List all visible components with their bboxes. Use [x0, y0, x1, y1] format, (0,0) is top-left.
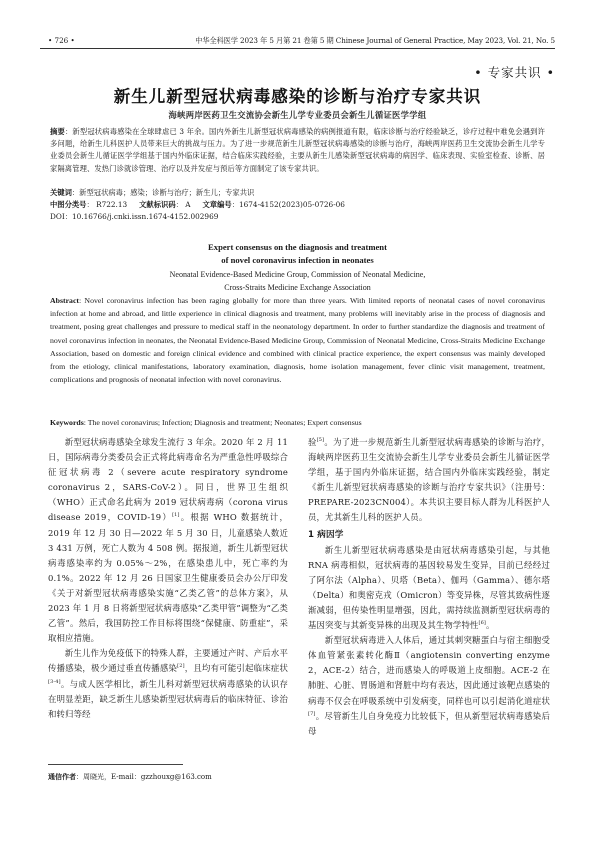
corresponding-author-footnote: 通信作者：周晓光，E-mail：gzzhouxg@163.com [48, 772, 212, 782]
paragraph-text: 新型冠状病毒进入人体后，通过其刺突糖蛋白与宿主细胞受体血管紧张素转化酶Ⅱ（ang… [308, 635, 550, 705]
citation-ref[interactable]: [7] [308, 711, 316, 717]
english-authors-line1: Neonatal Evidence-Based Medicine Group, … [0, 268, 595, 281]
english-title-line2: of novel coronavirus infection in neonat… [0, 254, 595, 267]
doc-code-value: ： A [176, 200, 191, 209]
paragraph-text: 验 [308, 437, 317, 447]
running-head: • 726 • 中华全科医学 2023 年 5 月第 21 卷第 5 期 Chi… [40, 36, 555, 49]
citation-ref[interactable]: [2] [177, 663, 185, 669]
clc-label: 中图分类号 [50, 200, 86, 209]
english-abstract: Abstract: Novel coronavirus infection ha… [50, 294, 545, 386]
journal-page: • 726 • 中华全科医学 2023 年 5 月第 21 卷第 5 期 Chi… [0, 0, 595, 841]
english-keywords: Keywords: The novel coronavirus; Infecti… [50, 417, 545, 429]
paragraph-text: 。 [486, 620, 495, 630]
paragraph-text: 新生儿新型冠状病毒感染是由冠状病毒感染引起，与其他 RNA 病毒相似，冠状病毒的… [308, 545, 550, 630]
footnote-divider [48, 764, 183, 765]
chinese-abstract: 摘要：新型冠状病毒感染在全球肆虐已 3 年余。国内外新生儿新型冠状病毒感染的病例… [50, 126, 545, 175]
paragraph-text: 。尽管新生儿自身免疫力比较低下，但从新型冠状病毒感染后母 [308, 711, 550, 736]
paragraph: 新型冠状病毒进入人体后，通过其刺突糖蛋白与宿主细胞受体血管紧张素转化酶Ⅱ（ang… [308, 633, 550, 739]
english-keywords-text: : The novel coronavirus; Infection; Diag… [84, 418, 362, 427]
footnote-label: 通信作者 [48, 773, 76, 781]
body-column-right: 验[5]。为了进一步规范新生儿新型冠状病毒感染的诊断与治疗，海峡两岸医药卫生交流… [308, 435, 550, 739]
article-no-label: 文章编号 [203, 200, 232, 209]
section-heading-etiology: 1 病因学 [308, 528, 550, 543]
english-abstract-label: Abstract [50, 296, 79, 305]
clc-value: ： R722.13 [86, 200, 127, 209]
doc-code-label: 文献标识码 [139, 200, 175, 209]
paragraph: 新型冠状病毒感染全球发生流行 3 年余。2020 年 2 月 11 日，国际病毒… [48, 435, 288, 646]
citation-ref[interactable]: [3-4] [48, 679, 61, 685]
paragraph: 新生儿作为免疫低下的特殊人群，主要通过产时、产后水平传播感染，极少通过垂直传播感… [48, 646, 288, 721]
paragraph: 验[5]。为了进一步规范新生儿新型冠状病毒感染的诊断与治疗，海峡两岸医药卫生交流… [308, 435, 550, 526]
footnote-text: ：周晓光，E-mail：gzzhouxg@163.com [76, 773, 212, 781]
citation-ref[interactable]: [6] [479, 620, 487, 626]
keywords-label: 关键词 [50, 188, 72, 197]
english-title: Expert consensus on the diagnosis and tr… [0, 241, 595, 267]
abstract-label: 摘要 [50, 127, 65, 136]
paragraph-text: ，且均有可能引起临床症状 [185, 663, 288, 673]
english-abstract-text: : Novel coronavirus infection has been r… [50, 296, 545, 384]
english-authors: Neonatal Evidence-Based Medicine Group, … [0, 268, 595, 294]
doi[interactable]: DOI：10.16766/j.cnki.issn.1674-4152.00296… [50, 211, 545, 223]
abstract-text: ：新型冠状病毒感染在全球肆虐已 3 年余。国内外新生儿新型冠状病毒感染的病例报道… [50, 127, 545, 173]
english-title-line1: Expert consensus on the diagnosis and tr… [0, 241, 595, 254]
english-authors-line2: Cross-Straits Medicine Exchange Associat… [0, 281, 595, 294]
article-title: 新生儿新型冠状病毒感染的诊断与治疗专家共识 [0, 83, 595, 107]
section-tag: • 专家共识 • [474, 63, 555, 81]
journal-citation: 中华全科医学 2023 年 5 月第 21 卷第 5 期 Chinese Jou… [195, 36, 555, 46]
chinese-keywords: 关键词：新型冠状病毒；感染；诊断与治疗；新生儿；专家共识 [50, 187, 545, 199]
keywords-text: ：新型冠状病毒；感染；诊断与治疗；新生儿；专家共识 [72, 188, 254, 197]
paragraph-text: 。根据 WHO 数据统计，2019 年 12 月 30 日—2022 年 5 月… [48, 512, 288, 643]
english-keywords-label: Keywords [50, 418, 84, 427]
page-number: • 726 • [48, 36, 75, 46]
paragraph-text: 。为了进一步规范新生儿新型冠状病毒感染的诊断与治疗，海峡两岸医药卫生交流协会新生… [308, 437, 550, 522]
article-no-value: ：1674-4152(2023)05-0726-06 [232, 200, 345, 209]
classification-line: 中图分类号： R722.13文献标识码： A文章编号：1674-4152(202… [50, 199, 545, 211]
paragraph-text: 。与成人医学相比，新生儿科对新型冠状病毒感染的认识存在明显差距，缺乏新生儿感染新… [48, 679, 288, 719]
article-authors: 海峡两岸医药卫生交流协会新生儿学专业委员会新生儿循证医学学组 [0, 109, 595, 121]
paragraph-text: 新型冠状病毒感染全球发生流行 3 年余。2020 年 2 月 11 日，国际病毒… [48, 437, 288, 522]
citation-ref[interactable]: [1] [172, 512, 180, 518]
paragraph: 新生儿新型冠状病毒感染是由冠状病毒感染引起，与其他 RNA 病毒相似，冠状病毒的… [308, 543, 550, 634]
body-column-left: 新型冠状病毒感染全球发生流行 3 年余。2020 年 2 月 11 日，国际病毒… [48, 435, 288, 722]
